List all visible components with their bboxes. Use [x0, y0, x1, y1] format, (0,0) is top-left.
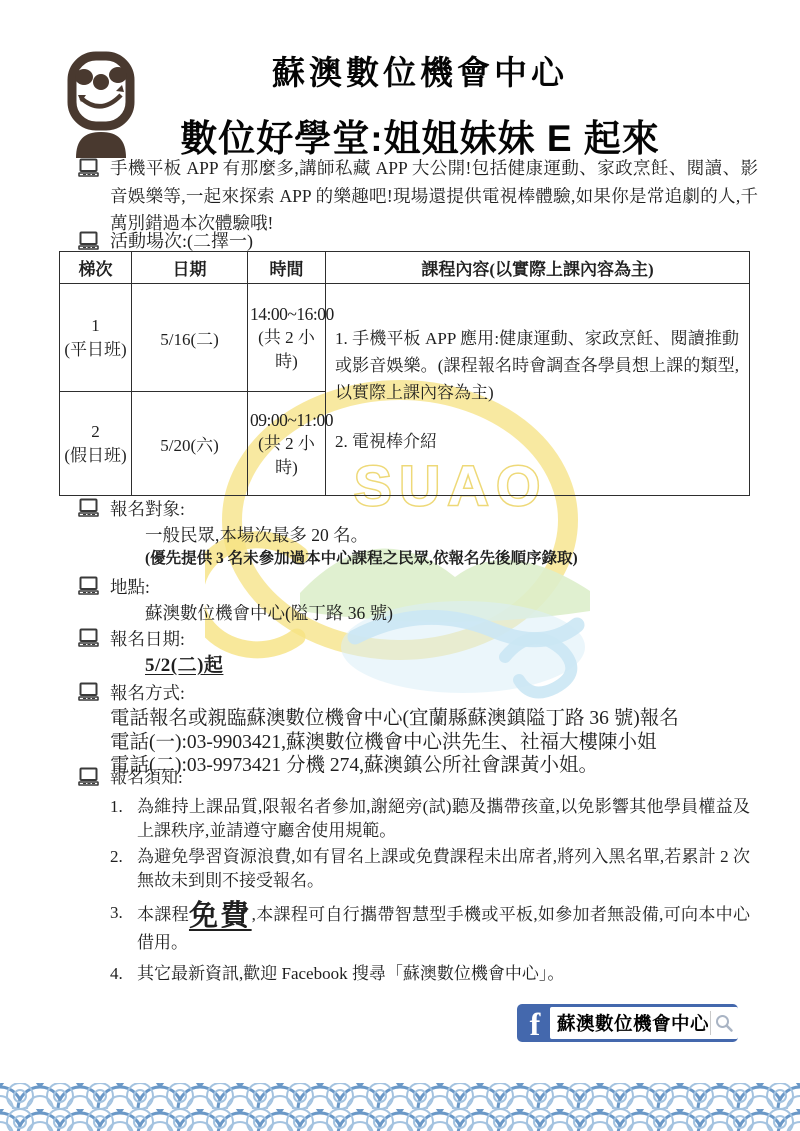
session-type: (平日班) — [62, 338, 129, 362]
reg-date-label: 報名日期: — [110, 627, 185, 651]
facebook-search-box: 蘇澳數位機會中心 — [550, 1007, 738, 1039]
note-number: 3. — [110, 901, 137, 955]
computer-icon — [78, 575, 110, 601]
reg-method-section: 報名方式: — [78, 681, 750, 707]
session-type: (假日班) — [62, 444, 129, 468]
reg-date-text: 5/2(二)起 — [145, 655, 223, 676]
audience-label: 報名對象: — [110, 497, 185, 521]
intro-text: 手機平板 APP 有那麼多,講師私藏 APP 大公開!包括健康運動、家政烹飪、閱… — [110, 155, 758, 238]
computer-icon — [78, 497, 110, 523]
computer-icon — [78, 155, 110, 182]
info-sections: 報名對象: 一般民眾,本場次最多 20 名。 (優先提供 3 名未參加過本中心課… — [78, 497, 750, 778]
session-2-date: 5/20(六) — [132, 392, 248, 496]
note-number: 2. — [110, 845, 137, 893]
note-item: 2. 為避免學習資源浪費,如有冒名上課或免費課程未出席者,將列入黑名單,若累計 … — [78, 845, 750, 893]
time-range: 09:00~11:00 — [250, 408, 323, 432]
note-text: 為維持上課品質,限報名者參加,謝絕旁(試)聽及攜帶孩童,以免影響其他學員權益及上… — [137, 795, 750, 843]
reg-method-label: 報名方式: — [110, 681, 185, 705]
col-header-time: 時間 — [248, 252, 326, 284]
session-1-time: 14:00~16:00 (共 2 小時) — [248, 284, 326, 392]
search-icon — [714, 1013, 734, 1033]
event-title: 數位好學堂:姐姐妹妹 E 起來 — [40, 108, 800, 162]
audience-priority-note: (優先提供 3 名未參加過本中心課程之民眾,依報名先後順序錄取) — [145, 548, 750, 569]
facebook-f-icon: f — [520, 1007, 550, 1039]
computer-icon — [78, 766, 110, 793]
location-value: 蘇澳數位機會中心(隘丁路 36 號) — [145, 601, 750, 626]
intro-section: 手機平板 APP 有那麼多,講師私藏 APP 大公開!包括健康運動、家政烹飪、閱… — [78, 155, 758, 238]
col-header-content: 課程內容(以實際上課內容為主) — [326, 252, 750, 284]
note-item: 4. 其它最新資訊,歡迎 Facebook 搜尋「蘇澳數位機會中心」。 — [78, 962, 750, 986]
org-title: 蘇澳數位機會中心 — [40, 47, 800, 94]
session-number: 1 — [62, 314, 129, 338]
note-text: 為避免學習資源浪費,如有冒名上課或免費課程未出席者,將列入黑名單,若累計 2 次… — [137, 845, 750, 893]
computer-icon — [78, 627, 110, 653]
facebook-banner: f 蘇澳數位機會中心 — [517, 1004, 738, 1042]
note-text-prefix: 本課程 — [137, 905, 189, 924]
note-item: 3. 本課程免費,本課程可自行攜帶智慧型手機或平板,如參加者無設備,可向本中心借… — [78, 901, 750, 955]
header: 蘇澳數位機會中心 數位好學堂:姐姐妹妹 E 起來 — [40, 47, 800, 162]
time-duration: (共 2 小時) — [250, 432, 323, 480]
session-2-cell: 2 (假日班) — [60, 392, 132, 496]
location-section: 地點: — [78, 575, 750, 601]
flyer-content: 蘇澳數位機會中心 數位好學堂:姐姐妹妹 E 起來 手機平板 APP 有那麼多,講… — [0, 0, 800, 1131]
reg-date-section: 報名日期: — [78, 627, 750, 653]
note-text: 其它最新資訊,歡迎 Facebook 搜尋「蘇澳數位機會中心」。 — [137, 962, 750, 986]
notes-label: 報名須知: — [110, 766, 183, 790]
reg-method-line2: 電話(一):03-9903421,蘇澳數位機會中心洪先生、社福大樓陳小姐 — [110, 731, 750, 755]
col-header-date: 日期 — [132, 252, 248, 284]
computer-icon — [78, 681, 110, 707]
col-header-session: 梯次 — [60, 252, 132, 284]
note-item: 1. 為維持上課品質,限報名者參加,謝絕旁(試)聽及攜帶孩童,以免影響其他學員權… — [78, 795, 750, 843]
session-1-cell: 1 (平日班) — [60, 284, 132, 392]
notes-section: 報名須知: 1. 為維持上課品質,限報名者參加,謝絕旁(試)聽及攜帶孩童,以免影… — [78, 766, 750, 986]
course-content-1: 1. 手機平板 APP 應用:健康運動、家政烹飪、閱讀推動或影音娛樂。(課程報名… — [335, 325, 739, 406]
schedule-table: 梯次 日期 時間 課程內容(以實際上課內容為主) 1 (平日班) 5/16(二)… — [59, 251, 750, 496]
course-content-cell: 1. 手機平板 APP 應用:健康運動、家政烹飪、閱讀推動或影音娛樂。(課程報名… — [326, 284, 750, 496]
reg-method-line1: 電話報名或親臨蘇澳數位機會中心(宜蘭縣蘇澳鎮隘丁路 36 號)報名 — [110, 707, 750, 731]
session-number: 2 — [62, 420, 129, 444]
table-row: 1 (平日班) 5/16(二) 14:00~16:00 (共 2 小時) 1. … — [60, 284, 750, 392]
notes-header: 報名須知: — [78, 766, 750, 793]
audience-section: 報名對象: — [78, 497, 750, 523]
note-text: 本課程免費,本課程可自行攜帶智慧型手機或平板,如參加者無設備,可向本中心借用。 — [137, 901, 750, 955]
flyer-page: SUAO 蘇澳數位機會中心 數位好學堂:姐姐妹妹 E 起來 手 — [0, 0, 800, 1131]
free-highlight: 免費 — [189, 900, 252, 932]
table-header-row: 梯次 日期 時間 課程內容(以實際上課內容為主) — [60, 252, 750, 284]
separator — [710, 1011, 711, 1035]
session-2-time: 09:00~11:00 (共 2 小時) — [248, 392, 326, 496]
session-1-date: 5/16(二) — [132, 284, 248, 392]
reg-date-value: 5/2(二)起 — [145, 653, 750, 679]
wave-border-pattern — [0, 1083, 800, 1131]
course-content-2: 2. 電視棒介紹 — [335, 428, 739, 455]
time-range: 14:00~16:00 — [250, 302, 323, 326]
note-number: 4. — [110, 962, 137, 986]
time-duration: (共 2 小時) — [250, 326, 323, 374]
facebook-search-text: 蘇澳數位機會中心 — [557, 1010, 709, 1036]
location-label: 地點: — [110, 575, 150, 599]
note-number: 1. — [110, 795, 137, 843]
audience-line: 一般民眾,本場次最多 20 名。 — [145, 523, 750, 548]
